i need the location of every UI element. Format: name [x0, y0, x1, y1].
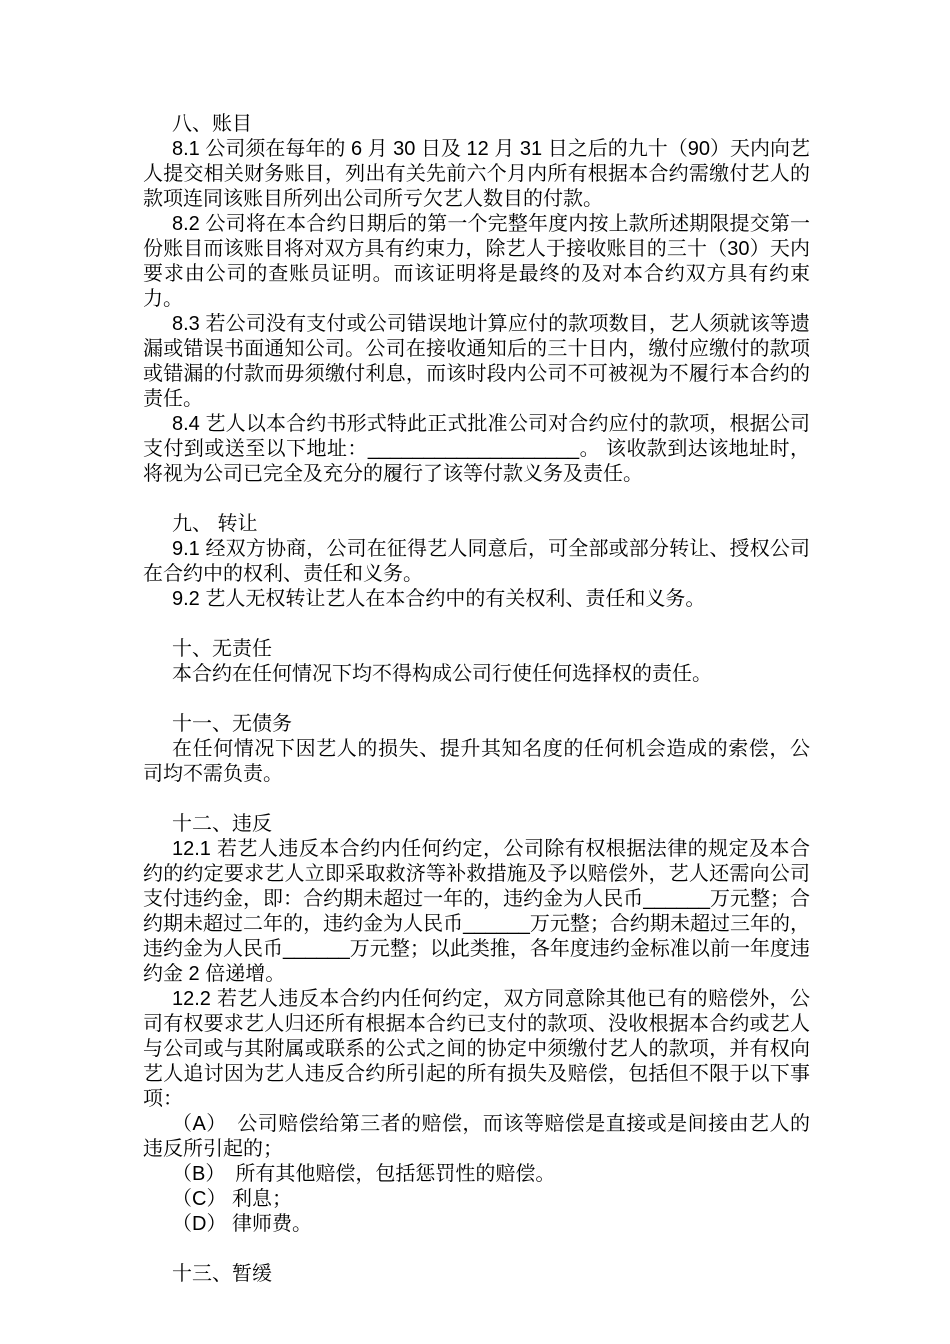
paragraph: 8.4 艺人以本合约书形式特此正式批准公司对合约应付的款项，根据公司支付到或送至… — [143, 412, 810, 487]
paragraph: （B） 所有其他赔偿，包括惩罚性的赔偿。 — [143, 1162, 810, 1187]
contract-section-10: 十、无责任本合约在任何情况下均不得构成公司行使任何选择权的责任。 — [143, 637, 810, 687]
paragraph: （C） 利息； — [143, 1187, 810, 1212]
paragraph: 在任何情况下因艺人的损失、提升其知名度的任何机会造成的索偿，公司均不需负责。 — [143, 737, 810, 787]
paragraph: 12.2 若艺人违反本合约内任何约定，双方同意除其他已有的赔偿外，公司有权要求艺… — [143, 987, 810, 1112]
paragraph: 9.2 艺人无权转让艺人在本合约中的有关权利、责任和义务。 — [143, 587, 810, 612]
contract-body: 八、账目8.1 公司须在每年的 6 月 30 日及 12 月 31 日之后的九十… — [143, 112, 810, 1287]
contract-page: 八、账目8.1 公司须在每年的 6 月 30 日及 12 月 31 日之后的九十… — [0, 0, 950, 1344]
contract-section-13: 十三、暂缓 — [143, 1262, 810, 1287]
section-heading: 十三、暂缓 — [143, 1262, 810, 1287]
section-heading: 十二、违反 — [143, 812, 810, 837]
paragraph: 8.2 公司将在本合约日期后的第一个完整年度内按上款所述期限提交第一份账目而该账… — [143, 212, 810, 312]
paragraph: 12.1 若艺人违反本合约内任何约定，公司除有权根据法律的规定及本合约的约定要求… — [143, 837, 810, 987]
contract-section-11: 十一、无债务在任何情况下因艺人的损失、提升其知名度的任何机会造成的索偿，公司均不… — [143, 712, 810, 787]
paragraph: （A） 公司赔偿给第三者的赔偿，而该等赔偿是直接或是间接由艺人的违反所引起的； — [143, 1112, 810, 1162]
section-heading: 九、 转让 — [143, 512, 810, 537]
paragraph: 8.1 公司须在每年的 6 月 30 日及 12 月 31 日之后的九十（90）… — [143, 137, 810, 212]
contract-section-8: 八、账目8.1 公司须在每年的 6 月 30 日及 12 月 31 日之后的九十… — [143, 112, 810, 487]
paragraph: 8.3 若公司没有支付或公司错误地计算应付的款项数目，艺人须就该等遗漏或错误书面… — [143, 312, 810, 412]
paragraph: 9.1 经双方协商，公司在征得艺人同意后，可全部或部分转让、授权公司在合约中的权… — [143, 537, 810, 587]
section-heading: 八、账目 — [143, 112, 810, 137]
section-heading: 十一、无债务 — [143, 712, 810, 737]
paragraph: 本合约在任何情况下均不得构成公司行使任何选择权的责任。 — [143, 662, 810, 687]
paragraph: （D） 律师费。 — [143, 1212, 810, 1237]
contract-section-12: 十二、违反12.1 若艺人违反本合约内任何约定，公司除有权根据法律的规定及本合约… — [143, 812, 810, 1237]
section-heading: 十、无责任 — [143, 637, 810, 662]
contract-section-9: 九、 转让9.1 经双方协商，公司在征得艺人同意后，可全部或部分转让、授权公司在… — [143, 512, 810, 612]
